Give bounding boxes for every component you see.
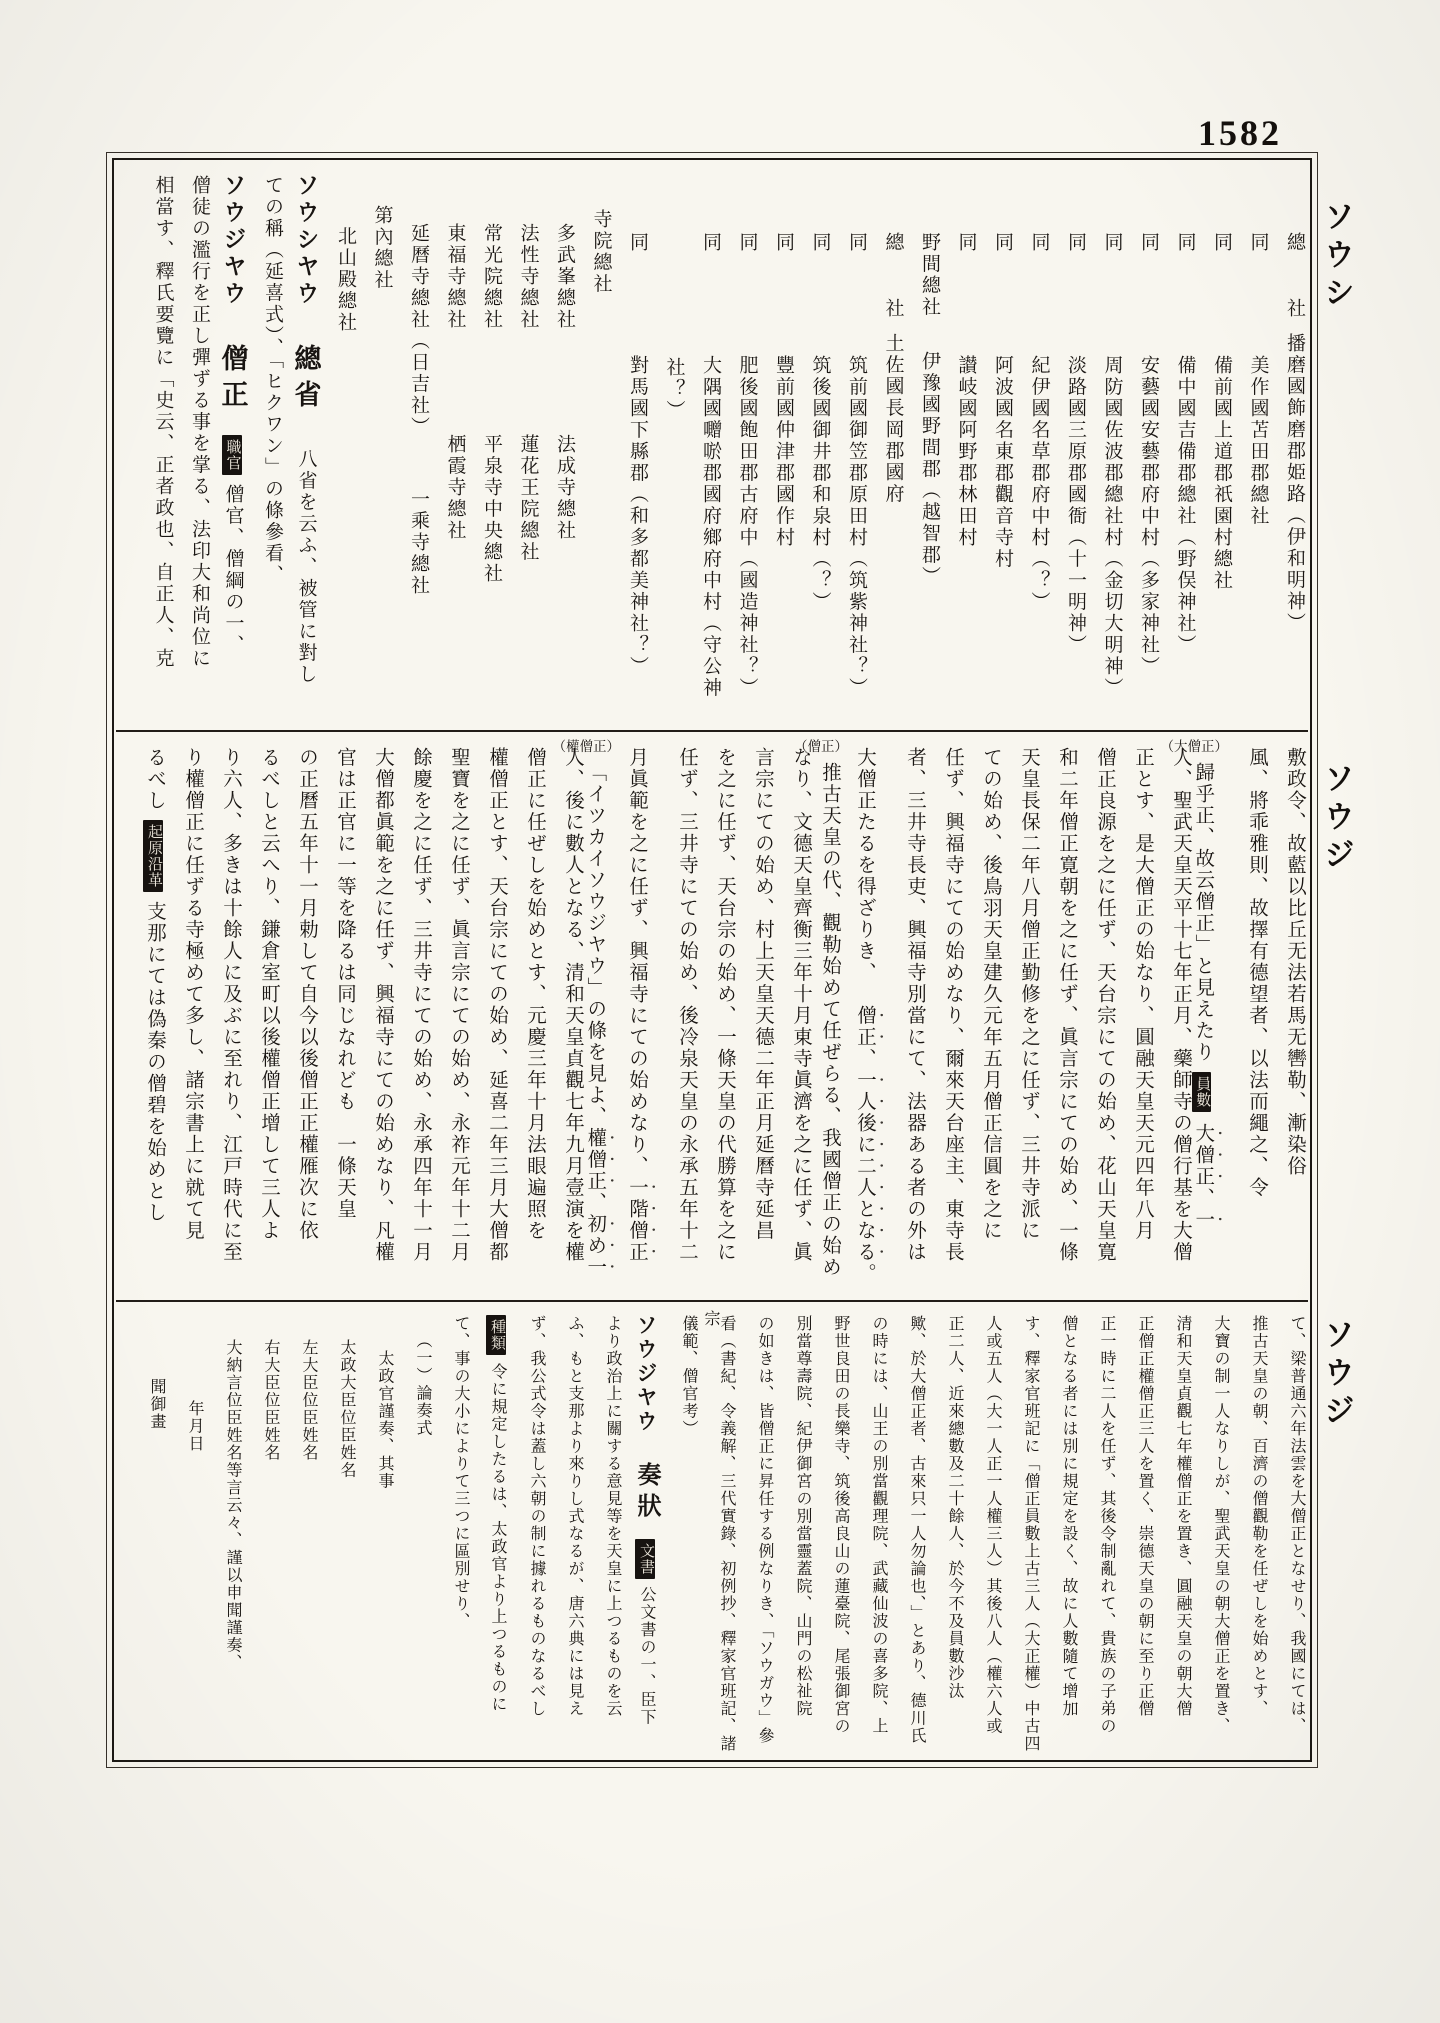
text-segment: 周防國佐波郡總社村（金切大明神）: [1102, 355, 1123, 699]
text-segment: 一乘寺總社: [408, 489, 429, 597]
text-column: 正僧正權僧正三人を置く、崇德天皇の朝に至り正僧: [1114, 1310, 1152, 1756]
text-segment: 讃岐國阿野郡林田村: [956, 355, 977, 549]
text-segment: 播磨國飾磨郡姫路（伊和明神）: [1284, 333, 1305, 634]
text-column: り六人、多きは十餘人に及ぶに至れり、江戸時代に至: [202, 740, 240, 1292]
text-column: 同肥後國飽田郡古府中（國造神社？）: [720, 168, 757, 726]
text-segment: 同: [810, 232, 831, 254]
section-shrine-list: 總社播磨國飾磨郡姫路（伊和明神）同美作國苫田郡總社同備前國上道郡祇園村總社同備中…: [120, 168, 1304, 726]
text-column: （一）論奏式: [392, 1310, 430, 1756]
text-segment: 同: [700, 232, 721, 254]
text-segment: 對馬國下縣郡（和多都美神社？）: [627, 355, 648, 678]
text-column: 法性寺總社蓮花王院總社: [501, 168, 538, 726]
text-segment: て、事の大小によりて三つに區別せり、: [452, 1315, 469, 1630]
text-segment: 肥後國飽田郡古府中（國造神社？）: [737, 355, 758, 699]
text-segment: 言宗にての始め、村上天皇天德二年正月延曆寺延昌: [752, 747, 773, 1242]
text-column: 多武峯總社法成寺總社: [538, 168, 575, 726]
text-segment: 總: [883, 232, 904, 254]
text-column: 同周防國佐波郡總社村（金切大明神）: [1085, 168, 1122, 726]
text-segment: 栖霞寺總社: [445, 434, 466, 542]
text-segment: 社: [883, 298, 904, 320]
text-column: 大寶の制一人なりしが、聖武天皇の朝大僧正を置き、: [1190, 1310, 1228, 1756]
text-column: 大僧正たるを得ざりき、僧正、一人後に二人となる。: [848, 740, 886, 1292]
text-column: 延曆寺總社（日吉社）一乘寺總社: [392, 168, 429, 726]
text-segment: 年月日: [186, 1400, 203, 1453]
text-segment: 常光院總社: [481, 223, 502, 331]
text-column: 總社土佐國長岡郡國府: [866, 168, 903, 726]
text-segment: 第內總社: [372, 205, 393, 291]
text-segment: 大納言位臣姓名等言云々、謹以申聞謹奏、: [224, 1339, 241, 1672]
text-column: 任ず、興福寺にての始めなり、爾來天台座主、東寺長: [924, 740, 962, 1292]
text-segment: 北山殿總社: [335, 226, 356, 334]
text-segment: より政治上に關する意見等を天皇に上つるものを云: [604, 1315, 621, 1718]
text-column: 太政大臣位臣姓名: [316, 1310, 354, 1756]
text-column: 年月日: [164, 1310, 202, 1756]
text-column: 聖寶を之に任ず、眞言宗にての始め、永祚元年十二月: [430, 740, 468, 1292]
text-column: ての稱（延喜式）、「ヒクワン」の條參看、: [246, 168, 283, 726]
text-segment: 社: [1284, 298, 1305, 320]
text-segment: 美作國苫田郡總社: [1248, 355, 1269, 527]
text-column: 同備中國吉備郡總社（野俣神社）: [1158, 168, 1195, 726]
text-column: て、梁普通六年法雲を大僧正となせり、我國にては、: [1266, 1310, 1304, 1756]
text-column: 和二年僧正寛朝を之に任ず、眞言宗にての始め、一條: [1038, 740, 1076, 1292]
text-segment-head: ソウシヤウ: [294, 173, 319, 308]
text-column: 僧となる者には別に規定を設く、故に人數隨て增加: [1038, 1310, 1076, 1756]
text-segment: 和二年僧正寛朝を之に任ず、眞言宗にての始め、一條: [1056, 747, 1077, 1263]
text-segment: 人、聖武天皇天平十七年正月、藥師寺の僧行基を大僧: [1170, 747, 1191, 1263]
text-column: 月眞範を之に任ず、興福寺にての始めなり、一階僧正: [620, 740, 658, 1292]
text-column: 同阿波國名東郡觀音寺村: [976, 168, 1013, 726]
text-segment: す、釋家官班記に「僧正員數上古三人（大正權）中古四: [1022, 1315, 1039, 1753]
text-segment: ての始め、後鳥羽天皇建久元年五月僧正信圓を之に: [980, 747, 1001, 1242]
text-column: 社？）: [647, 168, 684, 726]
text-column: 正一時に二人を任ず、其後令制亂れて、貴族の子弟の: [1076, 1310, 1114, 1756]
text-column: 風、將乖雅則、故擇有德望者、以法而繩之、令: [1228, 740, 1266, 1292]
text-segment: 備前國上道郡祇園村總社: [1211, 355, 1232, 592]
text-column: 同筑前國御笠郡原田村（筑紫神社？）: [830, 168, 867, 726]
text-segment: 看（書紀、令義解、三代實錄、初例抄、釋家官班記、諸宗: [702, 1310, 735, 1753]
text-column: を之に任ず、天台宗の始め、一條天皇の代勝算を之に: [696, 740, 734, 1292]
text-column: 同備前國上道郡祇園村總社: [1195, 168, 1232, 726]
text-column: 寺院總社: [574, 168, 611, 726]
text-segment-badge: 文書: [635, 1539, 655, 1579]
text-segment: 僧官、僧綱の一、: [223, 484, 244, 656]
text-column: 聞御畫: [126, 1310, 164, 1756]
text-segment: 同: [1175, 232, 1196, 254]
text-segment: 月眞範を之に任ず、興福寺にての始めなり、: [626, 747, 647, 1177]
text-column: （大僧正）歸乎正、故云僧正」と見えたり員數大僧正、一: [1190, 740, 1228, 1292]
text-column: より政治上に關する意見等を天皇に上つるものを云: [582, 1310, 620, 1756]
text-column: 僧正に任ぜしを始めとす、元慶三年十月法眼遍照を: [506, 740, 544, 1292]
text-segment: 任ず、興福寺にての始めなり、爾來天台座主、東寺長: [942, 747, 963, 1263]
section-soujou-memorial: て、梁普通六年法雲を大僧正となせり、我國にては、推古天皇の朝、百濟の僧觀勒を任ぜ…: [120, 1310, 1304, 1756]
text-segment: 大寶の制一人なりしが、聖武天皇の朝大僧正を置き、: [1212, 1315, 1229, 1735]
text-segment: 相當す、釋氏要覽に「史云、正者政也、自正人、克: [153, 175, 174, 670]
text-segment: 人、後に數人となる、清和天皇貞觀七年九月壹演を權: [562, 747, 583, 1263]
text-segment: 官は正官に一等を降るは同じなれども: [334, 747, 355, 1113]
text-column: ソウシヤウ總省八省を云ふ、被管に對し: [282, 168, 319, 726]
text-segment: 儀範、僧官考）: [680, 1315, 697, 1438]
text-segment: 總: [1284, 232, 1305, 254]
text-segment: 大僧都眞範を之に任ず、興福寺にての始めなり、凡權: [372, 747, 393, 1263]
text-column: 東福寺總社栖霞寺總社: [428, 168, 465, 726]
text-segment: 正一時に二人を任ず、其後令制亂れて、貴族の子弟の: [1098, 1315, 1115, 1735]
text-segment: 淡路國三原郡國衙（十一明神）: [1065, 355, 1086, 656]
text-segment: 僧正良源を之に任ず、天台宗にての始め、花山天皇寛: [1094, 747, 1115, 1263]
text-segment: 餘慶を之に任ず、三井寺にての始め、永承四年十一月: [410, 747, 431, 1263]
text-segment: 阿波國名東郡觀音寺村: [992, 355, 1013, 570]
text-segment-badge: 員數: [1192, 1072, 1212, 1112]
text-segment: の如きは、皆僧正に昇任する例なりき、「ソウガウ」參: [756, 1315, 773, 1745]
text-segment: の時には、山王の別當觀理院、武藏仙波の喜多院、上: [870, 1315, 887, 1735]
section-divider-1: [116, 730, 1308, 732]
text-segment: （一）論奏式: [414, 1332, 431, 1437]
text-column: 同美作國苫田郡總社: [1231, 168, 1268, 726]
text-segment: 同: [1211, 232, 1232, 254]
text-segment: 令に規定したるは、太政官より上つるものに: [489, 1363, 506, 1713]
text-segment-head: ソウジヤウ: [634, 1314, 658, 1434]
text-segment: 權僧正、初め一: [584, 1127, 605, 1278]
text-column: 者、三井寺長吏、興福寺別當にて、法器ある者の外は: [886, 740, 924, 1292]
text-segment: 法性寺總社: [518, 223, 539, 331]
text-segment: 同: [992, 232, 1013, 254]
text-segment: 同: [846, 232, 867, 254]
text-segment-head: ソウジヤウ: [221, 173, 246, 308]
text-column: 北山殿總社: [319, 168, 356, 726]
text-segment: 備中國吉備郡總社（野俣神社）: [1175, 355, 1196, 656]
text-segment: 敷政令、故藍以比丘无法若馬无轡勒、漸染俗: [1284, 747, 1305, 1177]
text-segment: なり、文德天皇齊衡三年十月東寺眞濟を之に任ず、眞: [790, 747, 811, 1263]
text-segment: 同: [1138, 232, 1159, 254]
text-column: 官は正官に一等を降るは同じなれども一條天皇: [316, 740, 354, 1292]
text-column: るべしと云へり、鎌倉室町以後權僧正增して三人よ: [240, 740, 278, 1292]
text-segment: 別當尊壽院、紀伊御宮の別當靈蓋院、山門の松祉院: [794, 1315, 811, 1718]
text-segment: 一條天皇: [334, 1134, 355, 1220]
text-column: 野世良田の長樂寺、筑後高良山の蓮臺院、尾張御宮の: [810, 1310, 848, 1756]
text-segment: 社？）: [664, 357, 685, 422]
text-segment: を之に任ず、天台宗の始め、一條天皇の代勝算を之に: [714, 747, 735, 1263]
text-column: 同大隅國囎唹郡國府鄉府中村（守公神: [684, 168, 721, 726]
text-column: 野間總社伊豫國野間郡（越智郡）: [903, 168, 940, 726]
text-segment: 同: [1248, 232, 1269, 254]
text-column: 推古天皇の朝、百濟の僧觀勒を任ぜしを始めとす、: [1228, 1310, 1266, 1756]
text-segment: 歸乎正、故云僧正」と見えたり: [1192, 762, 1213, 1063]
text-segment: ての稱（延喜式）、「ヒクワン」の條參看、: [262, 175, 283, 586]
text-segment: 野間總社: [919, 232, 940, 318]
text-segment: 大僧正たるを得ざりき、: [854, 747, 875, 984]
text-column: 正二人、近來總數及二十餘人、於今不及員數沙汰: [924, 1310, 962, 1756]
text-column: ソウジヤウ奏狀文書公文書の一、臣下: [620, 1310, 658, 1756]
text-column: 人、聖武天皇天平十七年正月、藥師寺の僧行基を大僧: [1152, 740, 1190, 1292]
text-column: 天皇長保二年八月僧正勤修を之に任ず、三井寺派に: [1000, 740, 1038, 1292]
text-segment: 推古天皇の朝、百濟の僧觀勒を任ぜしを始めとす、: [1250, 1315, 1267, 1718]
text-segment: 一階僧正: [626, 1177, 647, 1263]
text-segment: 權僧正とす、天台宗にての始め、延喜二年三月大僧都: [486, 747, 507, 1263]
text-segment: 任ず、三井寺にての始め、後冷泉天皇の永承五年十二: [676, 747, 697, 1263]
page-number: 1582: [1198, 112, 1282, 154]
text-segment: 天皇長保二年八月僧正勤修を之に任ず、三井寺派に: [1018, 747, 1039, 1242]
margin-guide-word-middle: ソウジ: [1314, 762, 1359, 876]
text-column: の時には、山王の別當觀理院、武藏仙波の喜多院、上: [848, 1310, 886, 1756]
text-column: 正とす、是大僧正の始なり、圓融天皇天元四年八月: [1114, 740, 1152, 1292]
text-segment: の正曆五年十一月勅して自今以後僧正正權雁次に依: [296, 747, 317, 1242]
text-frame: 總社播磨國飾磨郡姫路（伊和明神）同美作國苫田郡總社同備前國上道郡祇園村總社同備中…: [112, 158, 1312, 1762]
text-segment: 野世良田の長樂寺、筑後高良山の蓮臺院、尾張御宮の: [832, 1315, 849, 1735]
text-column: 僧徒の濫行を正し彈ずる事を掌る、法印大和尚位に: [173, 168, 210, 726]
text-segment: ず、我公式令は蓋し六朝の制に據れるものなるべし: [528, 1315, 545, 1718]
text-segment-name: 總省: [291, 344, 321, 416]
text-segment: 同: [627, 232, 648, 254]
text-segment: 蓮花王院總社: [518, 434, 539, 563]
text-column: 清和天皇貞觀七年權僧正を置き、圓融天皇の朝大僧: [1152, 1310, 1190, 1756]
text-column: 餘慶を之に任ず、三井寺にての始め、永承四年十一月: [392, 740, 430, 1292]
section-divider-2: [116, 1300, 1308, 1302]
text-segment: 安藝國安藝郡府中村（多家神社）: [1138, 355, 1159, 678]
text-column: 同讃岐國阿野郡林田村: [939, 168, 976, 726]
text-segment: 僧徒の濫行を正し彈ずる事を掌る、法印大和尚位に: [189, 175, 210, 670]
text-segment-name: 奏狀: [633, 1462, 659, 1524]
text-column: の正曆五年十一月勅して自今以後僧正正權雁次に依: [278, 740, 316, 1292]
text-segment: り權僧正に任ずる寺極めて多し、諸宗書上に就て見: [182, 747, 203, 1242]
text-segment: 正とす、是大僧正の始なり、圓融天皇天元四年八月: [1132, 747, 1153, 1242]
text-segment-badge: 起原沿革: [143, 820, 163, 892]
text-segment: 多武峯總社: [554, 223, 575, 331]
text-column: 同安藝國安藝郡府中村（多家神社）: [1122, 168, 1159, 726]
text-column: 看（書紀、令義解、三代實錄、初例抄、釋家官班記、諸宗: [696, 1310, 734, 1756]
text-column: 總社播磨國飾磨郡姫路（伊和明神）: [1268, 168, 1305, 726]
text-segment: 紀伊國名草郡府中村（？）: [1029, 355, 1050, 613]
text-segment: 寺院總社: [591, 209, 612, 295]
text-column: 僧正良源を之に任ず、天台宗にての始め、花山天皇寛: [1076, 740, 1114, 1292]
text-segment-badge: 種類: [486, 1315, 506, 1355]
text-segment: 大僧正、一: [1192, 1123, 1213, 1231]
text-column: 右大臣位臣姓名: [240, 1310, 278, 1756]
text-column: 同筑後國御井郡和泉村（？）: [793, 168, 830, 726]
text-column: 大僧都眞範を之に任ず、興福寺にての始めなり、凡權: [354, 740, 392, 1292]
text-segment: 筑後國御井郡和泉村（？）: [810, 355, 831, 613]
text-segment: 公文書の一、臣下: [638, 1586, 655, 1726]
text-segment: 延曆寺總社（日吉社）: [408, 223, 429, 438]
text-column: 權僧正とす、天台宗にての始め、延喜二年三月大僧都: [468, 740, 506, 1292]
text-segment: 清和天皇貞觀七年權僧正を置き、圓融天皇の朝大僧: [1174, 1315, 1191, 1718]
text-column: の如きは、皆僧正に昇任する例なりき、「ソウガウ」參: [734, 1310, 772, 1756]
text-column: 大納言位臣姓名等言云々、謹以申聞謹奏、: [202, 1310, 240, 1756]
text-segment: るべし: [144, 747, 165, 812]
text-segment: り六人、多きは十餘人に及ぶに至れり、江戸時代に至: [220, 747, 241, 1263]
text-segment: るべしと云へり、鎌倉室町以後權僧正增して三人よ: [258, 747, 279, 1242]
text-segment: 同: [1102, 232, 1123, 254]
text-segment-badge: 職官: [222, 435, 242, 475]
text-segment: 同: [1029, 232, 1050, 254]
text-column: 別當尊壽院、紀伊御宮の別當靈蓋院、山門の松祉院: [772, 1310, 810, 1756]
text-column: り權僧正に任ずる寺極めて多し、諸宗書上に就て見: [164, 740, 202, 1292]
text-segment: 僧正、一人後に二人となる。: [854, 1005, 875, 1285]
text-segment: 正二人、近來總數及二十餘人、於今不及員數沙汰: [946, 1315, 963, 1700]
text-column: 任ず、三井寺にての始め、後冷泉天皇の永承五年十二: [658, 740, 696, 1292]
text-segment: 東福寺總社: [445, 223, 466, 331]
text-column: す、釋家官班記に「僧正員數上古三人（大正權）中古四: [1000, 1310, 1038, 1756]
text-segment: 太政大臣位臣姓名: [338, 1339, 355, 1479]
text-segment: 筑前國御笠郡原田村（筑紫神社？）: [846, 355, 867, 699]
text-segment: て、梁普通六年法雲を大僧正となせり、我國にては、: [1288, 1315, 1305, 1735]
text-column: 太政官謹奏、其事: [354, 1310, 392, 1756]
scanned-dictionary-page: 1582 ソウシ ソウジ ソウジ 總社播磨國飾磨郡姫路（伊和明神）同美作國苫田郡…: [0, 0, 1440, 2023]
text-segment: ふ、もと支那より來りし式なるが、唐六典には見え: [566, 1315, 583, 1718]
text-segment: 右大臣位臣姓名: [262, 1339, 279, 1462]
text-column: 常光院總社平泉寺中央總社: [465, 168, 502, 726]
text-segment: 歟、於大僧正者、古來只一人勿論也、」とあり、德川氏: [908, 1315, 925, 1745]
text-segment: 正僧正權僧正三人を置く、崇德天皇の朝に至り正僧: [1136, 1315, 1153, 1718]
text-column: 儀範、僧官考）: [658, 1310, 696, 1756]
text-column: 人或五人（大一人正一人權三人）其後八人（權六人或: [962, 1310, 1000, 1756]
text-column: 同紀伊國名草郡府中村（？）: [1012, 168, 1049, 726]
text-segment: 「イツカイソウジヤウ」の條を見よ、: [584, 762, 605, 1128]
text-segment: 伊豫國野間郡（越智郡）: [919, 351, 940, 588]
text-segment: 法成寺總社: [554, 434, 575, 542]
text-column: （僧正）推古天皇の代、觀勒始めて任ぜらる、我國僧正の始め: [810, 740, 848, 1292]
text-segment: 者、三井寺長吏、興福寺別當にて、法器ある者の外は: [904, 747, 925, 1263]
text-segment: 僧正に任ぜしを始めとす、元慶三年十月法眼遍照を: [524, 747, 545, 1242]
text-column: 同對馬國下縣郡（和多都美神社？）: [611, 168, 648, 726]
text-segment: 同: [956, 232, 977, 254]
text-segment: 推古天皇の代、觀勒始めて任ぜらる、我國僧正の始め: [819, 762, 840, 1278]
text-segment: 豐前國仲津郡國作村: [773, 355, 794, 549]
text-segment: 同: [737, 232, 758, 254]
text-segment: 太政官謹奏、其事: [376, 1350, 393, 1490]
text-column: なり、文德天皇齊衡三年十月東寺眞濟を之に任ず、眞: [772, 740, 810, 1292]
text-column: 左大臣位臣姓名: [278, 1310, 316, 1756]
text-segment: 土佐國長岡郡國府: [883, 333, 904, 505]
text-segment: 僧となる者には別に規定を設く、故に人數隨て增加: [1060, 1315, 1077, 1718]
text-column: ず、我公式令は蓋し六朝の制に據れるものなるべし: [506, 1310, 544, 1756]
text-column: 第內總社: [355, 168, 392, 726]
text-segment: 左大臣位臣姓名: [300, 1339, 317, 1462]
text-column: ての始め、後鳥羽天皇建久元年五月僧正信圓を之に: [962, 740, 1000, 1292]
text-column: ソウジヤウ僧正職官僧官、僧綱の一、: [209, 168, 246, 726]
text-segment: 聖寶を之に任ず、眞言宗にての始め、永祚元年十二月: [448, 747, 469, 1263]
margin-guide-word-bottom: ソウジ: [1314, 1318, 1359, 1432]
text-column: て、事の大小によりて三つに區別せり、: [430, 1310, 468, 1756]
text-segment: 聞御畫: [148, 1378, 165, 1431]
text-segment-name: 僧正: [218, 344, 248, 416]
text-segment: 大隅國囎唹郡國府鄉府中村（守公神: [700, 355, 721, 699]
text-segment: 平泉寺中央總社: [481, 434, 502, 585]
text-segment: 風、將乖雅則、故擇有德望者、以法而繩之、令: [1246, 747, 1267, 1199]
section-soujou-monk: 敷政令、故藍以比丘无法若馬无轡勒、漸染俗風、將乖雅則、故擇有德望者、以法而繩之、…: [120, 740, 1304, 1292]
text-column: 同淡路國三原郡國衙（十一明神）: [1049, 168, 1086, 726]
text-segment: 同: [1065, 232, 1086, 254]
margin-guide-word-top: ソウシ: [1314, 200, 1359, 314]
text-column: 言宗にての始め、村上天皇天德二年正月延曆寺延昌: [734, 740, 772, 1292]
text-column: 相當す、釋氏要覽に「史云、正者政也、自正人、克: [136, 168, 173, 726]
text-column: るべし起原沿革支那にては偽秦の僧碧を始めとし: [126, 740, 164, 1292]
text-segment: 人或五人（大一人正一人權三人）其後八人（權六人或: [984, 1315, 1001, 1735]
text-segment: 同: [773, 232, 794, 254]
text-column: 敷政令、故藍以比丘无法若馬无轡勒、漸染俗: [1266, 740, 1304, 1292]
text-column: 人、後に數人となる、清和天皇貞觀七年九月壹演を權: [544, 740, 582, 1292]
text-column: ふ、もと支那より來りし式なるが、唐六典には見え: [544, 1310, 582, 1756]
text-column: （權僧正）「イツカイソウジヤウ」の條を見よ、權僧正、初め一: [582, 740, 620, 1292]
text-column: 種類令に規定したるは、太政官より上つるものに: [468, 1310, 506, 1756]
text-segment: 支那にては偽秦の僧碧を始めとし: [144, 901, 165, 1224]
text-column: 同豐前國仲津郡國作村: [757, 168, 794, 726]
text-column: 歟、於大僧正者、古來只一人勿論也、」とあり、德川氏: [886, 1310, 924, 1756]
text-segment: 八省を云ふ、被管に對し: [296, 449, 317, 686]
